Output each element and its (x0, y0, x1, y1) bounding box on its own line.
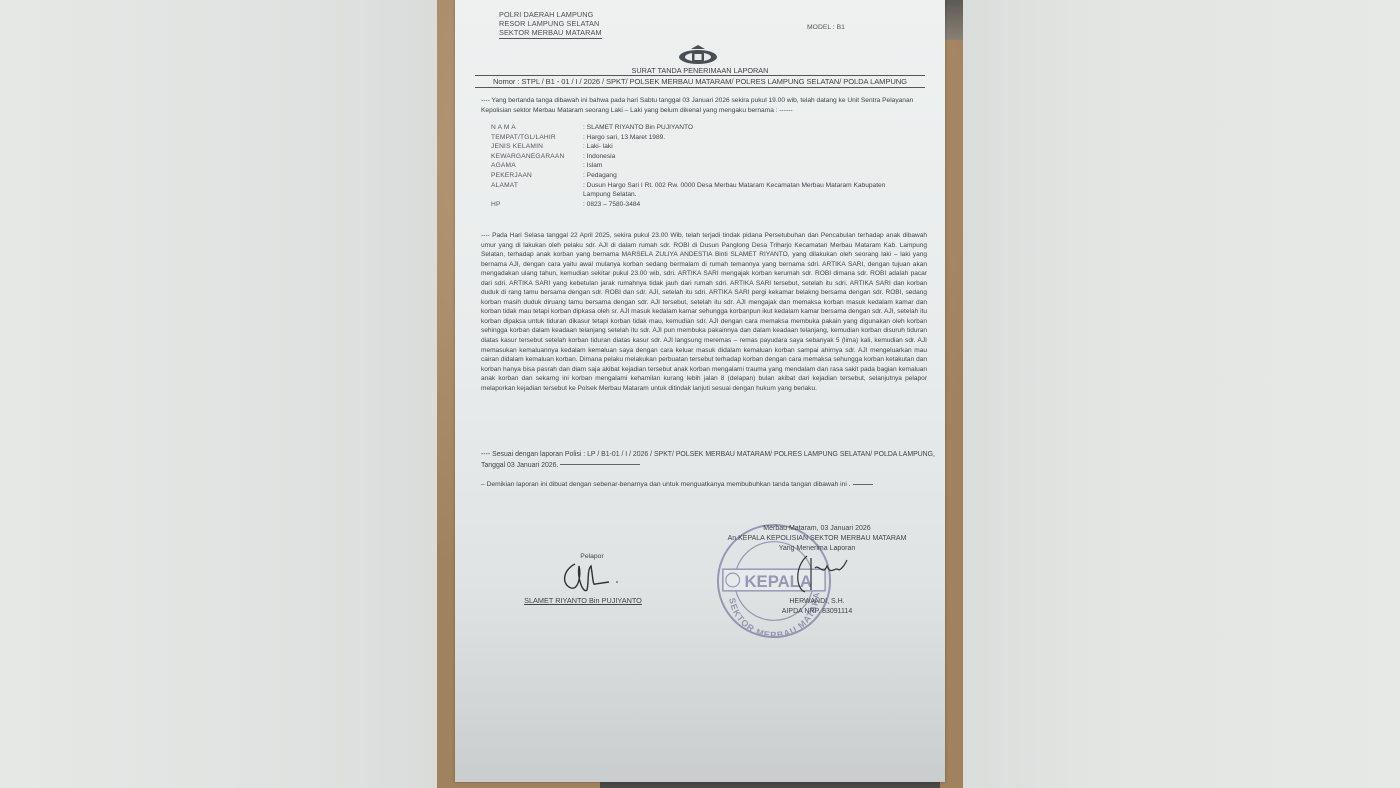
document-title: SURAT TANDA PENERIMAAN LAPORAN (455, 66, 945, 75)
identity-row-religion: AGAMA Islam (491, 161, 911, 171)
identity-value: Islam (583, 161, 911, 171)
identity-row-address: ALAMAT Dusun Hargo Sari I Rt. 002 Rw. 00… (491, 181, 911, 200)
officer-role: Yang Menerima Laporan (707, 544, 927, 554)
identity-label: TEMPAT/TGL/LAHIR (491, 133, 583, 143)
identity-value: 0823 – 7580-3484 (583, 200, 911, 210)
identity-label: PEKERJAAN (491, 171, 583, 181)
identity-row-birth: TEMPAT/TGL/LAHIR Hargo sari, 13 Maret 19… (491, 133, 911, 143)
background-left (0, 0, 437, 788)
reporter-identity: N A M A SLAMET RIYANTO Bin PUJIYANTO TEM… (491, 123, 911, 209)
report-reference: ---- Sesuai dengan laporan Polisi : LP /… (481, 450, 935, 471)
identity-row-citizenship: KEWARGANEGARAAN Indonesia (491, 152, 911, 162)
identity-value: Pedagang (583, 171, 911, 181)
incident-narrative: ---- Pada Hari Selasa tanggal 22 April 2… (481, 231, 927, 393)
identity-value: Hargo sari, 13 Maret 1989. (583, 133, 911, 143)
header-line-1: POLRI DAERAH LAMPUNG (499, 10, 602, 19)
identity-label: ALAMAT (491, 181, 583, 200)
identity-row-phone: HP 0823 – 7580-3484 (491, 200, 911, 210)
agency-header: POLRI DAERAH LAMPUNG RESOR LAMPUNG SELAT… (499, 10, 602, 39)
fill-line (853, 484, 873, 485)
on-behalf-of: An.KEPALA KEPOLISIAN SEKTOR MERBAU MATAR… (707, 534, 927, 544)
identity-row-name: N A M A SLAMET RIYANTO Bin PUJIYANTO (491, 123, 911, 133)
document-number: Nomor : STPL / B1 - 01 / I / 2026 / SPKT… (475, 75, 925, 88)
officer-signature-icon (789, 554, 849, 594)
signature-icon (513, 560, 653, 596)
model-code: MODEL : B1 (807, 24, 845, 31)
identity-label: AGAMA (491, 161, 583, 171)
identity-value: Indonesia (583, 152, 911, 162)
header-line-2: RESOR LAMPUNG SELATAN (499, 19, 602, 28)
police-emblem-icon (677, 43, 719, 65)
identity-value: SLAMET RIYANTO Bin PUJIYANTO (583, 123, 911, 133)
reporter-name: SLAMET RIYANTO Bin PUJIYANTO (524, 596, 642, 605)
identity-row-gender: JENIS KELAMIN Laki- laki (491, 142, 911, 152)
officer-name: HERWANDI, S.H. (707, 597, 927, 607)
identity-label: JENIS KELAMIN (491, 142, 583, 152)
identity-label: N A M A (491, 123, 583, 133)
fill-line (560, 464, 640, 465)
identity-label: HP (491, 200, 583, 210)
intro-paragraph: ---- Yang bertanda tanga dibawah ini bah… (481, 96, 927, 115)
officer-nrp: AIPDA NRP. 83091114 (707, 607, 927, 617)
identity-value: Dusun Hargo Sari I Rt. 002 Rw. 0000 Desa… (583, 181, 911, 200)
officer-signature-block: Merbau Mataram, 03 Januari 2026 An.KEPAL… (707, 524, 927, 617)
reporter-role: Pelapor (531, 553, 653, 560)
police-report-document: POLRI DAERAH LAMPUNG RESOR LAMPUNG SELAT… (455, 0, 945, 782)
closing-statement: – Demikian laporan ini dibuat dengan seb… (481, 481, 935, 488)
identity-value: Laki- laki (583, 142, 911, 152)
background-right (963, 0, 1400, 788)
reporter-signature-block: Pelapor SLAMET RIYANTO Bin PUJIYANTO (513, 553, 653, 605)
place-date: Merbau Mataram, 03 Januari 2026 (707, 524, 927, 534)
header-line-3: SEKTOR MERBAU MATARAM (499, 28, 602, 39)
closing-text: – Demikian laporan ini dibuat dengan seb… (481, 481, 851, 488)
identity-row-occupation: PEKERJAAN Pedagang (491, 171, 911, 181)
identity-label: KEWARGANEGARAAN (491, 152, 583, 162)
reference-text: ---- Sesuai dengan laporan Polisi : LP /… (481, 451, 935, 469)
